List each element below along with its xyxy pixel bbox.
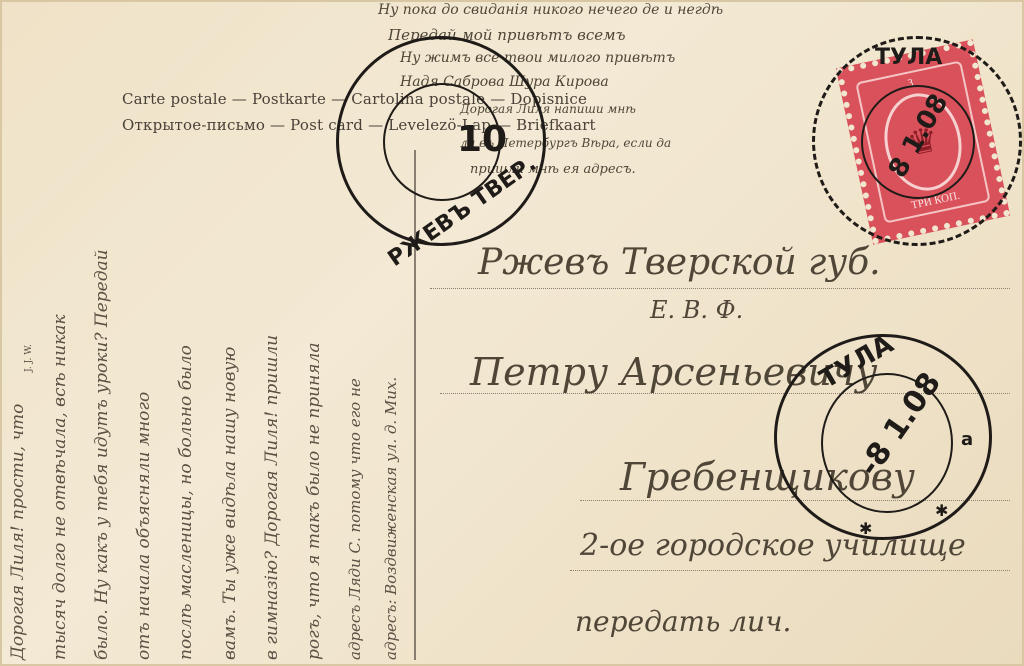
address-rule — [570, 570, 1010, 571]
address-abbrev: Е. В. Ф. — [650, 296, 743, 324]
address-city: Ржевъ Тверской губ. — [478, 242, 881, 283]
message-vertical-line: адресъ Ляди С. потому что его не — [346, 378, 364, 660]
address-instruction: передать лич. — [575, 605, 791, 638]
message-vertical-line: отъ начала объясняли много — [134, 392, 154, 660]
postmark-date: 10 — [457, 119, 507, 160]
message-vertical-line: в гимназію? Дорогая Лиля! пришли — [262, 335, 282, 660]
message-vertical-line: рогъ, что я такъ было не приняла — [304, 342, 324, 660]
message-vertical-line: адресъ: Воздвиженская ул. д. Мих. — [382, 377, 400, 660]
message-top-line: Ну пока до свиданія никого нечего де и н… — [378, 2, 723, 18]
address-rule — [430, 288, 1010, 289]
star-icon: ✱ — [935, 501, 948, 520]
message-vertical-line: было. Ну какъ у тебя идутъ уроки? Переда… — [92, 249, 112, 660]
message-vertical-line: послѣ масленицы, но больно было — [176, 345, 196, 660]
star-icon: ✱ — [859, 519, 872, 538]
postmark-city: ТУЛА — [875, 45, 942, 70]
postmark-suffix: а — [961, 429, 973, 450]
postmark-tula-arrival: ТУЛА -8 1.08 а ✱ ✱ — [774, 334, 992, 540]
message-vertical-line: Дорогая Лиля! прости, что — [8, 404, 28, 660]
message-vertical-line: тысяч долго не отвѣчала, всѣ никак — [50, 314, 70, 660]
message-vertical-line: вамъ. Ты уже видѣла нашу новую — [220, 347, 240, 660]
postmark-tula-stamp-cancel: ТУЛА 8 1.08 — [812, 36, 1022, 246]
printer-mark: J. J. W. — [24, 344, 34, 372]
postcard: Carte postale — Postkarte — Cartolina po… — [0, 0, 1024, 666]
postmark-rzhev: 10 РЖЕВЪ ТВЕР. — [336, 36, 546, 246]
